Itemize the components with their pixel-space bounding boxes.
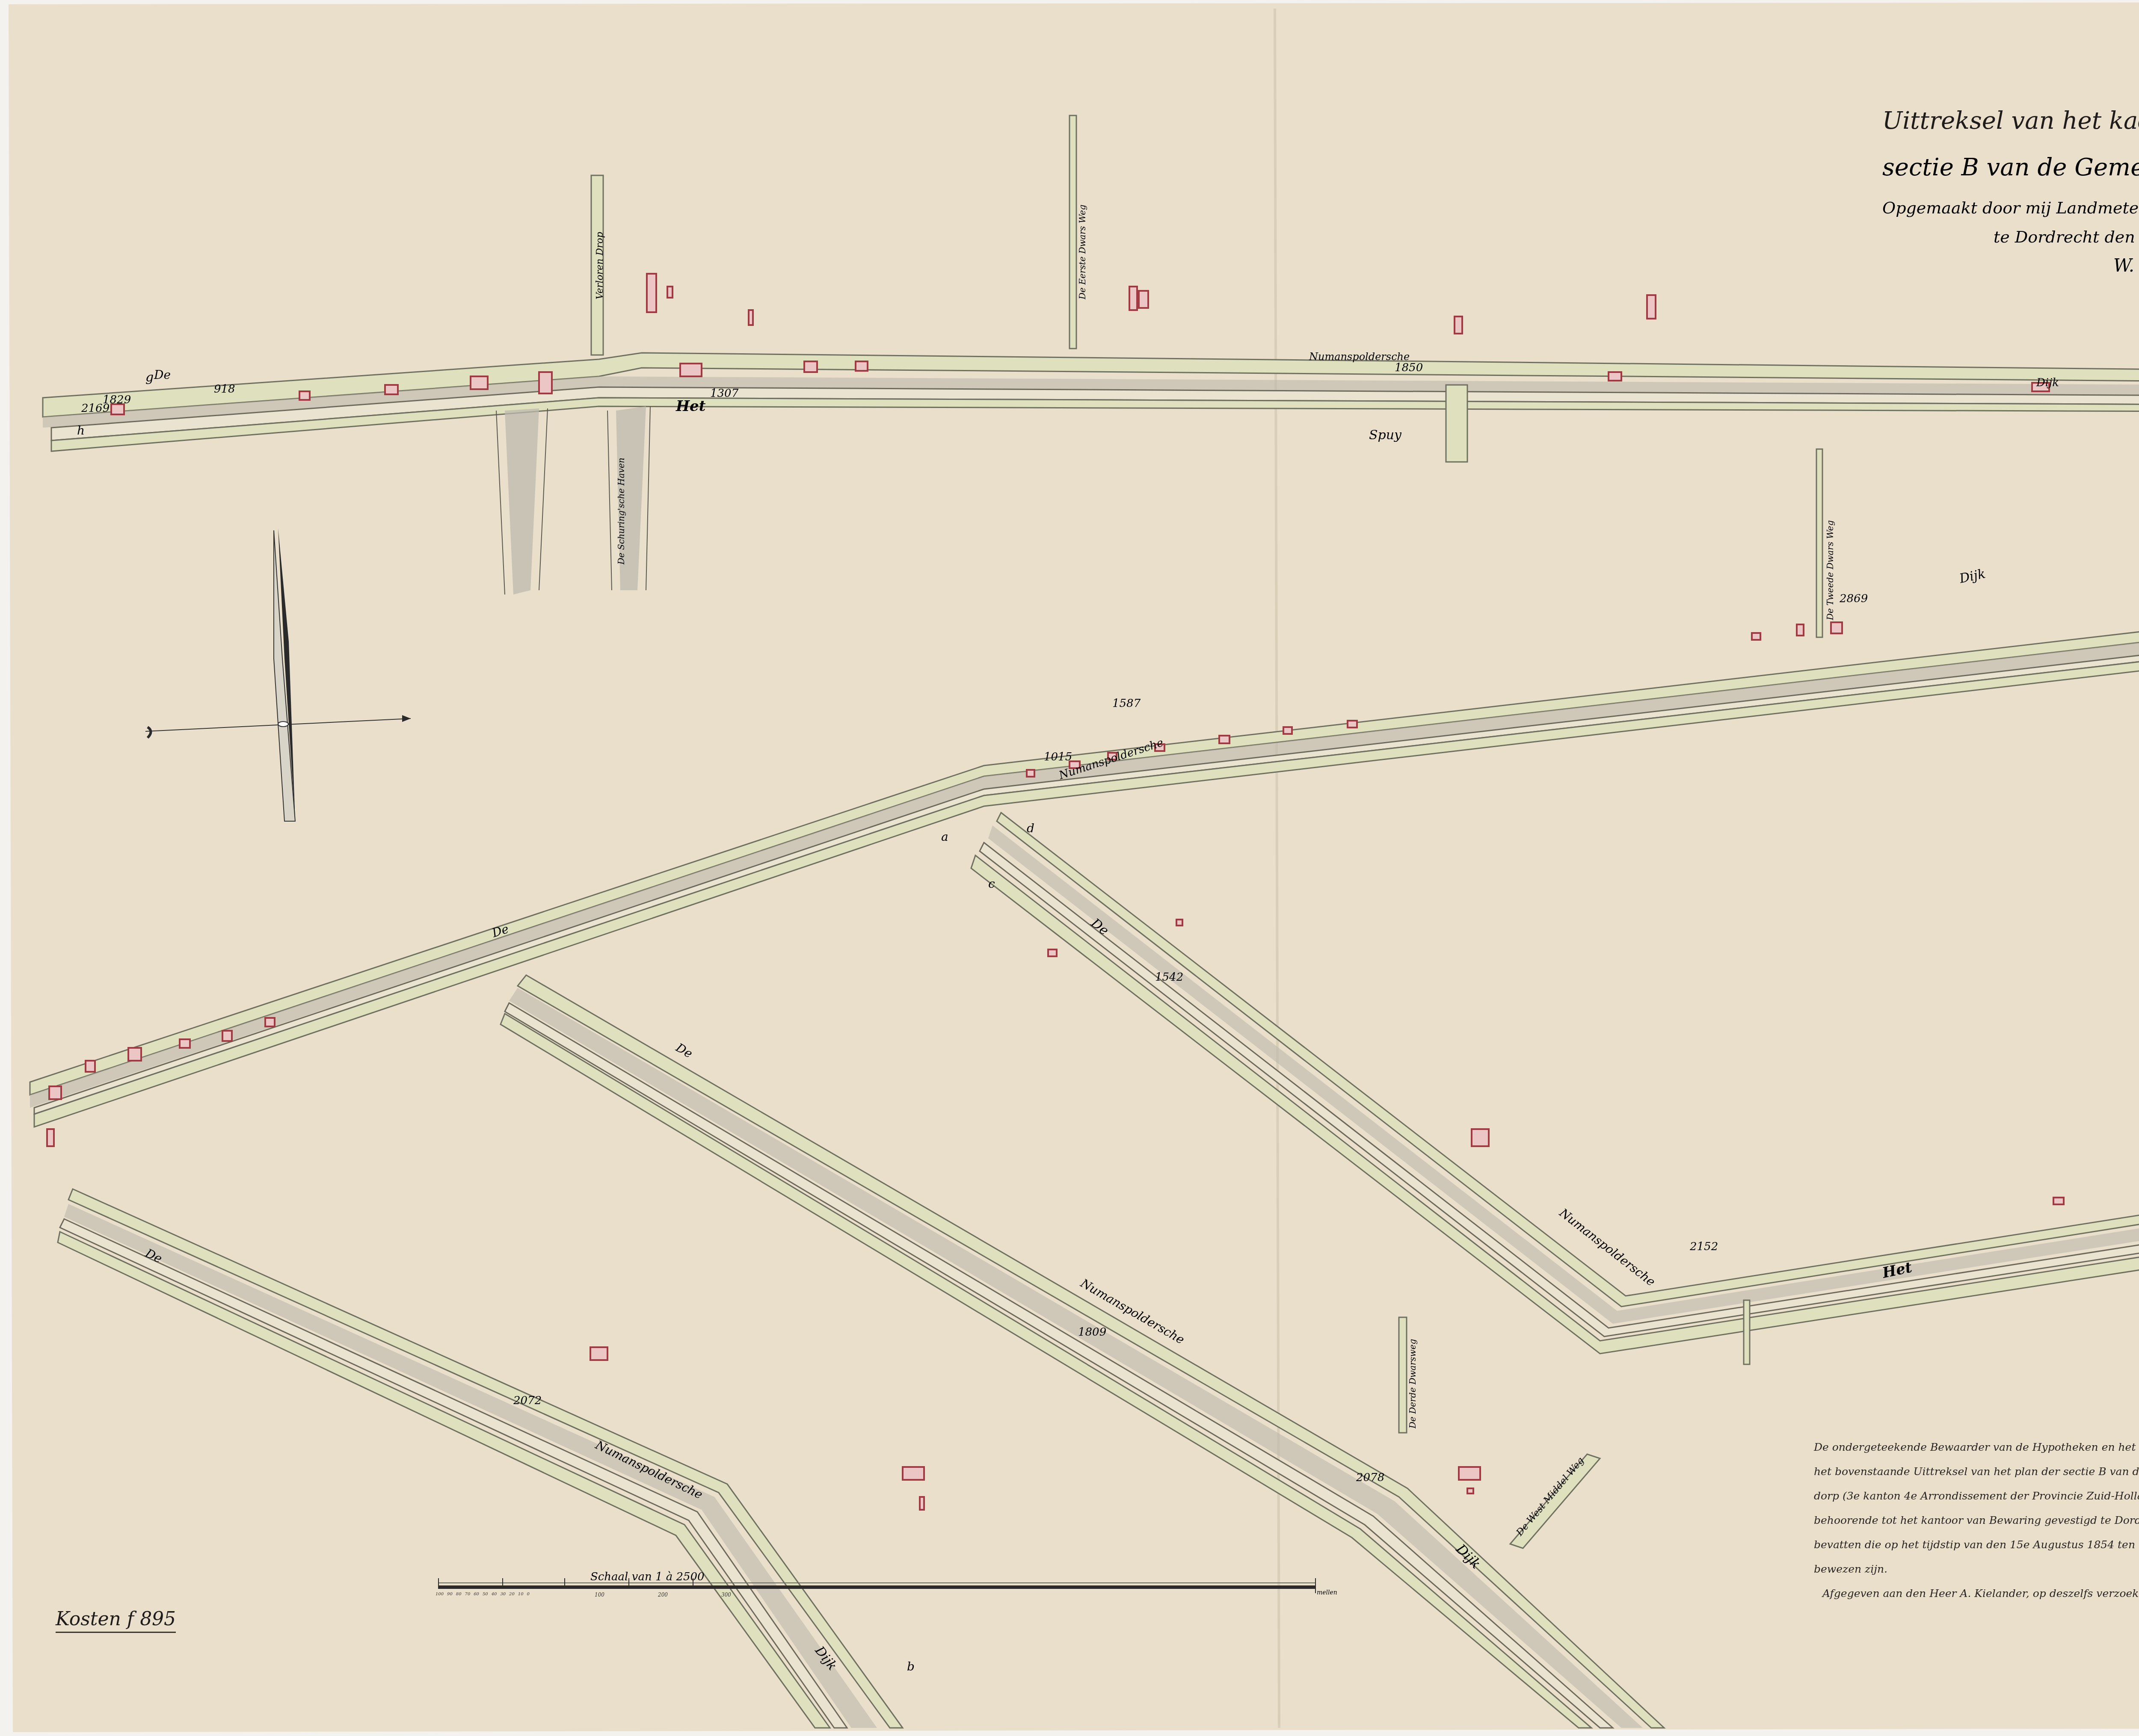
parcel-2072: 2072	[513, 1394, 542, 1407]
tweede-dwarsweg-road	[1816, 449, 1822, 637]
subtick-20: 20	[509, 1592, 515, 1597]
title-line-4: te Dordrecht den 1e February 1855	[1994, 228, 2139, 246]
label-tweede-dwarsweg: De Tweede Dwars Weg	[1825, 521, 1835, 620]
subtick-10: 10	[518, 1592, 524, 1597]
parcel-2869: 2869	[1840, 592, 1868, 605]
parcel-1015: 1015	[1044, 751, 1072, 763]
title-line-2: sectie B van de Gemeente Numansdorp	[1882, 154, 2139, 181]
section-letter-h: h	[77, 423, 85, 438]
title-line-3: Opgemaakt door mij Landmeter van het Kad…	[1882, 198, 2139, 217]
cert-line-4: behoorende tot het kantoor van Bewaring …	[1814, 1508, 2139, 1532]
cost-amount: 895	[140, 1608, 176, 1630]
parcel-1307: 1307	[710, 387, 738, 400]
label-top-spuy: Spuy	[1369, 428, 1401, 443]
subtick-90: 90	[447, 1592, 453, 1597]
parcel-918: 918	[214, 383, 235, 396]
label-eerste-dwarsweg: De Eerste Dwars Weg	[1077, 204, 1087, 299]
subtick-80: 80	[456, 1592, 462, 1597]
certification-block: De ondergeteekende Bewaarder van de Hypo…	[1814, 1435, 2139, 1671]
cost-label: Kosten	[56, 1608, 121, 1630]
parcel-2152: 2152	[1690, 1240, 1718, 1253]
label-derde-dwarsweg: De Derde Dwarsweg	[1407, 1339, 1418, 1428]
label-top-dike-de: De	[154, 368, 171, 382]
cert-line-3: dorp (3e kanton 4e Arrondissement der Pr…	[1814, 1484, 2139, 1508]
cost-note: Kosten f 895	[56, 1608, 176, 1633]
surveyor-signature: W. Waardekooper	[2113, 255, 2139, 276]
scale-subticks: 100 90 80 70 60 50 40 30 20 10 0	[436, 1592, 530, 1597]
section-letter-a: a	[941, 830, 948, 844]
cadastral-map-sheet: Uittreksel van het kadastrale plan der s…	[0, 0, 2139, 1736]
parcel-1850: 1850	[1395, 361, 1423, 374]
cert-line-1: De ondergeteekende Bewaarder van de Hypo…	[1814, 1435, 2139, 1459]
parcel-1829: 1829	[103, 393, 131, 406]
parcel-1809: 1809	[1078, 1326, 1106, 1339]
tick-100: 100	[595, 1592, 604, 1598]
label-schuringsche-haven: De Schuring'sche Haven	[616, 458, 626, 565]
subtick-60: 60	[474, 1592, 479, 1597]
eerste-dwarsweg-road	[1069, 115, 1076, 349]
derde-dwarsweg-road	[1399, 1317, 1407, 1433]
subtick-40: 40	[492, 1592, 497, 1597]
subtick-50: 50	[483, 1592, 488, 1597]
spuy-channel-top	[1446, 385, 1467, 462]
tick-200: 200	[658, 1592, 668, 1598]
tick-300: 300	[721, 1592, 731, 1598]
parcel-1542: 1542	[1155, 971, 1183, 984]
label-verloren-drop: Verloren Drop	[595, 232, 605, 299]
parcel-2078: 2078	[1356, 1471, 1384, 1484]
cert-line-7: Afgegeven aan den Heer A. Kielander, op …	[1822, 1581, 2139, 1606]
subtick-30: 30	[500, 1592, 506, 1597]
cert-line-6: bewezen zijn.	[1814, 1557, 2139, 1581]
label-top-dike-dijk: Dijk	[2036, 376, 2059, 389]
section-letter-b: b	[907, 1659, 915, 1674]
cert-line-2: het bovenstaande Uittreksel van het plan…	[1814, 1459, 2139, 1484]
spuy-channel-bottom	[1744, 1300, 1750, 1364]
label-top-dike-name: Numanspoldersche	[1309, 351, 1410, 363]
section-letter-c: c	[988, 877, 995, 891]
scale-unit: mellen	[1317, 1589, 1337, 1596]
parcel-1587: 1587	[1112, 697, 1141, 710]
subtick-100: 100	[436, 1592, 444, 1597]
section-letter-g: g	[145, 370, 154, 385]
cost-currency: f	[127, 1608, 134, 1630]
section-letter-d: d	[1027, 821, 1034, 835]
subtick-0: 0	[527, 1592, 530, 1597]
scale-title: Schaal van 1 à 2500	[590, 1570, 705, 1583]
title-block: Uittreksel van het kadastrale plan der s…	[1882, 107, 2139, 276]
cert-line-5: bevatten die op het tijdstip van den 15e…	[1814, 1532, 2139, 1557]
subtick-70: 70	[465, 1592, 471, 1597]
label-top-het: Het	[676, 398, 705, 415]
title-line-1: Uittreksel van het kadastrale plan der	[1882, 107, 2139, 135]
